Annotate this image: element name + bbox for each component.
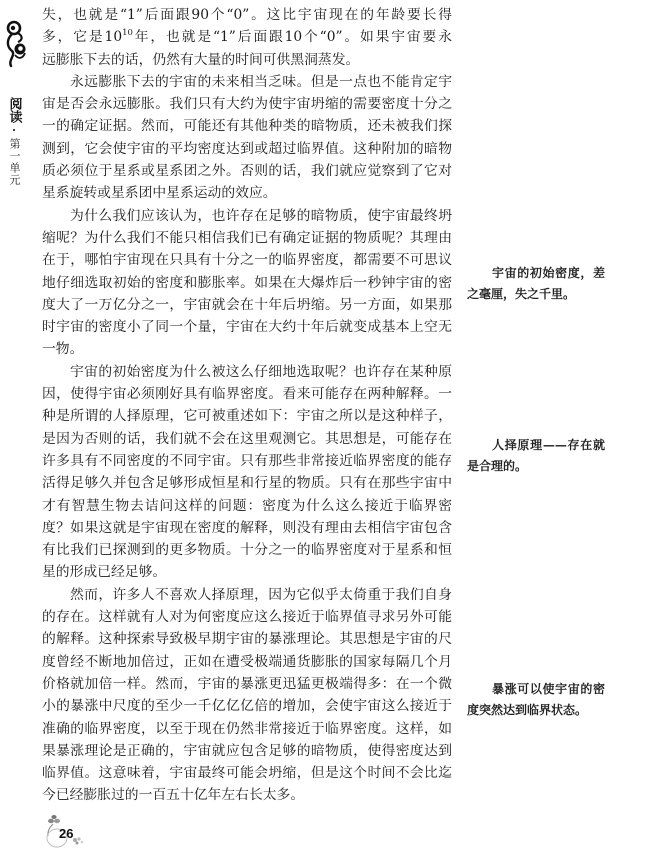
text-line: 果暴涨理论是正确的，宇宙就应包含足够的暗物质，使得密度达到 <box>42 740 452 762</box>
text-line: 宇宙的初始密度为什么被这么仔细地选取呢？也许存在某种原 <box>42 361 452 383</box>
paragraph: 失，也就是“1”后面跟90个“0”。这比宇宙现在的年龄要长得 多，它是1010年… <box>42 4 452 71</box>
margin-note-line: 宇宙的初始密度，差 <box>467 263 605 284</box>
text-line: 质必须位于星系或星系团之外。否则的话，我们就应觉察到了它对 <box>42 160 452 182</box>
paragraph: 宇宙的初始密度为什么被这么仔细地选取呢？也许存在某种原 因，使得宇宙必须刚好具有… <box>42 361 452 584</box>
margin-note-line: 之毫厘，失之千里。 <box>467 284 605 305</box>
text-line: 价格就加倍一样。然而，宇宙的暴涨更迅猛更极端得多：在一个微 <box>42 673 452 695</box>
section-label-main: 阅读 <box>5 97 24 123</box>
margin-note-line: 是合理的。 <box>467 456 605 477</box>
section-label-separator: · <box>8 124 21 137</box>
text-line: 然而，许多人不喜欢人择原理，因为它似乎太倚重于我们自身 <box>42 584 452 606</box>
text-line: 永远膨胀下去的宇宙的未来相当乏味。但是一点也不能肯定宇 <box>42 71 452 93</box>
margin-note: 人择原理——存在就 是合理的。 <box>467 435 605 477</box>
page-number: 26 <box>59 826 73 841</box>
margin-note: 暴涨可以使宇宙的密 度突然达到临界状态。 <box>467 679 605 721</box>
text-line: 地仔细选取初始的密度和膨胀率。如果在大爆炸后一秒钟宇宙的密 <box>42 272 452 294</box>
text-line: 失，也就是“1”后面跟90个“0”。这比宇宙现在的年龄要长得 <box>42 4 452 26</box>
text-line: 星的形成已经足够。 <box>42 561 452 583</box>
section-label-unit: 第一单元 <box>6 138 22 186</box>
text-line: 是因为否则的话，我们就不会在这里观测它。其思想是，可能存在 <box>42 428 452 450</box>
text-line: 多，它是1010年，也就是“1”后面跟10个“0”。如果宇宙要永 <box>42 26 452 48</box>
text-line: 测到，它会使宇宙的平均密度达到或超过临界值。这种附加的暗物 <box>42 138 452 160</box>
text-segment: 年，也就是“1”后面跟10个“0”。如果宇宙要永 <box>133 29 452 45</box>
flourish-ornament-icon <box>3 20 29 70</box>
text-line: 为什么我们应该认为，也许存在足够的暗物质，使宇宙最终坍 <box>42 205 452 227</box>
text-line: 远膨胀下去的话，仍然有大量的时间可供黑洞蒸发。 <box>42 49 452 71</box>
text-line: 的存在。这样就有人对为何密度应这么接近于临界值寻求另外可能 <box>42 606 452 628</box>
main-text: 失，也就是“1”后面跟90个“0”。这比宇宙现在的年龄要长得 多，它是1010年… <box>42 4 452 807</box>
text-line: 一物。 <box>42 338 452 360</box>
text-line: 度大了一万亿分之一，宇宙就会在十年后坍缩。另一方面，如果那 <box>42 294 452 316</box>
text-line: 种是所谓的人择原理，它可被重述如下：宇宙之所以是这种样子， <box>42 405 452 427</box>
text-line: 小的暴涨中尺度的至少一千亿亿亿倍的增加，会使宇宙这么接近于 <box>42 695 452 717</box>
section-label: 阅读 · 第一单元 <box>5 97 23 186</box>
margin-note: 宇宙的初始密度，差 之毫厘，失之千里。 <box>467 263 605 305</box>
margin-note-line: 度突然达到临界状态。 <box>467 700 605 721</box>
paragraph: 永远膨胀下去的宇宙的未来相当乏味。但是一点也不能肯定宇 宙是否会永远膨胀。我们只… <box>42 71 452 205</box>
paragraph: 为什么我们应该认为，也许存在足够的暗物质，使宇宙最终坍 缩呢？为什么我们不能只相… <box>42 205 452 361</box>
exponent: 10 <box>122 28 133 38</box>
text-line: 度曾经不断地加倍过，正如在遭受极端通货膨胀的国家每隔几个月 <box>42 651 452 673</box>
margin-note-line: 人择原理——存在就 <box>467 435 605 456</box>
text-line: 许多具有不同密度的不同宇宙。只有那些非常接近临界密度的能存 <box>42 450 452 472</box>
text-line: 宙是否会永远膨胀。我们只有大约为使宇宙坍缩的需要密度十分之 <box>42 93 452 115</box>
text-line: 星系旋转或星系团中星系运动的效应。 <box>42 182 452 204</box>
text-line: 时宇宙的密度小了同一个量，宇宙在大约十年后就变成基本上空无 <box>42 316 452 338</box>
text-line: 才有智慧生物去诘问这样的问题：密度为什么这么接近于临界密 <box>42 495 452 517</box>
text-line: 一的确定证据。然而，可能还有其他种类的暗物质，还未被我们探 <box>42 115 452 137</box>
text-line: 在于，哪怕宇宙现在只具有十分之一的临界密度，都需要不可思议 <box>42 249 452 271</box>
text-line: 活得足够久并包含足够形成恒星和行星的物质。只有在那些宇宙中 <box>42 472 452 494</box>
paragraph: 然而，许多人不喜欢人择原理，因为它似乎太倚重于我们自身 的存在。这样就有人对为何… <box>42 584 452 807</box>
text-line: 的解释。这种探索导致极早期宇宙的暴涨理论。其思想是宇宙的尺 <box>42 628 452 650</box>
text-line: 临界值。这意味着，宇宙最终可能会坍缩，但是这个时间不会比迄 <box>42 762 452 784</box>
text-segment: 多，它是10 <box>42 29 122 45</box>
text-line: 今已经膨胀过的一百五十亿年左右长太多。 <box>42 784 452 806</box>
text-line: 准确的临界密度，以至于现在仍然非常接近于临界密度。这样，如 <box>42 718 452 740</box>
text-line: 度？如果这就是宇宙现在密度的解释，则没有理由去相信宇宙包含 <box>42 517 452 539</box>
margin-note-line: 暴涨可以使宇宙的密 <box>467 679 605 700</box>
text-line: 缩呢？为什么我们不能只相信我们已有确定证据的物质呢？其理由 <box>42 227 452 249</box>
text-line: 因，使得宇宙必须刚好具有临界密度。看来可能存在两种解释。一 <box>42 383 452 405</box>
text-line: 有比我们已探测到的更多物质。十分之一的临界密度对于星系和恒 <box>42 539 452 561</box>
